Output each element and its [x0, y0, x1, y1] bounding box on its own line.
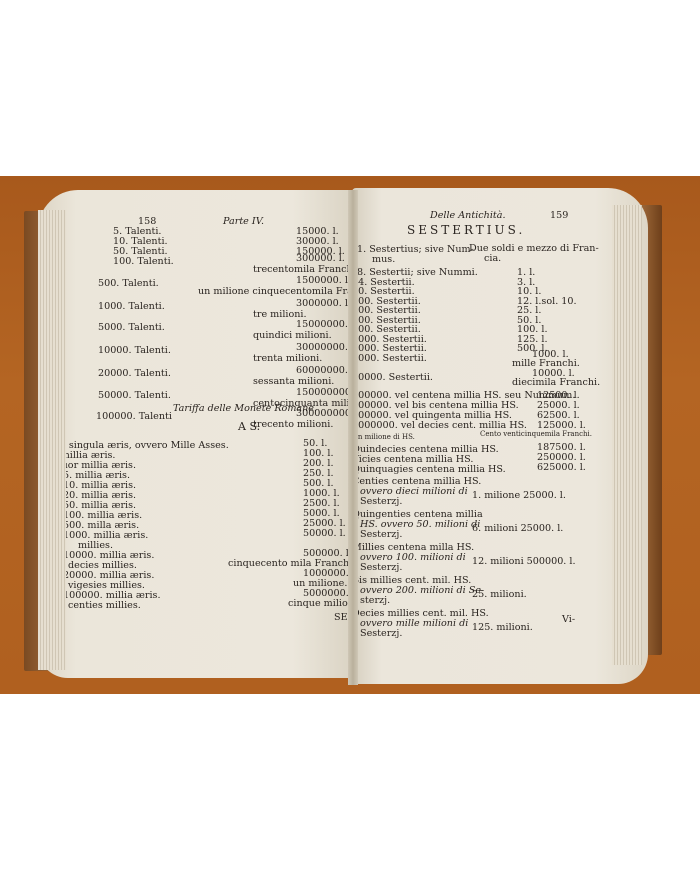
talenti-label: 20000. Talenti.	[98, 368, 171, 379]
section-title: Tariffa delle Monete Romane.	[173, 403, 317, 414]
talenti-note: sessanta milioni.	[253, 376, 334, 387]
running-head: Parte IV.	[223, 216, 264, 227]
talenti-note: trenta milioni.	[253, 353, 322, 364]
page-number: 159	[550, 210, 568, 221]
right-page: Delle Antichità. 159 SESTERTIUS. 1. Sest…	[352, 188, 648, 684]
talenti-label: 100. Talenti.	[113, 256, 174, 267]
subheader-right: Cento venticinquemila Franchi.	[480, 429, 592, 440]
long-row-value: 125. milioni.	[472, 622, 533, 633]
intro-value-2: cia.	[484, 253, 501, 264]
talenti-label: 50000. Talenti.	[98, 390, 171, 401]
long-row-line3: Sesterzj.	[360, 562, 402, 573]
section-heading: SESTERTIUS.	[407, 225, 525, 236]
talenti-note: quindici milioni.	[253, 330, 332, 341]
talenti-note: trecentomila Franchi.	[253, 264, 359, 275]
as-row-value: 50000. l.	[303, 528, 346, 539]
talenti-label: 5000. Talenti.	[98, 322, 165, 333]
as-heading: A S.	[238, 421, 260, 432]
page-edges-left	[38, 210, 66, 670]
talenti-label: 1000. Talenti.	[98, 301, 165, 312]
long-row-value: 1. milione 25000. l.	[472, 490, 566, 501]
subheader-left: Un milione di HS.	[352, 432, 415, 443]
hs-row-label: Quinquagies centena millia HS.	[352, 464, 506, 475]
as-row-label: centies millies.	[68, 600, 141, 611]
long-row-value: 12. milioni 500000. l.	[472, 556, 576, 567]
long-row-line3: sterzj.	[360, 595, 390, 606]
talenti-value: 300000. l.	[296, 253, 345, 264]
page-edges-right	[612, 205, 642, 665]
hs-row-value: 625000. l.	[537, 462, 586, 473]
long-row-value: 25. milioni.	[472, 589, 527, 600]
sestertii-note: diecimila Franchi.	[512, 377, 600, 388]
long-row-line3: Sesterzj.	[360, 628, 402, 639]
talenti-value: 1500000. l.	[296, 275, 351, 286]
sestertii-label: 80000. Sestertii.	[352, 372, 433, 383]
talenti-note: trecento milioni.	[253, 419, 333, 430]
long-row-line3: Sesterzj.	[360, 529, 402, 540]
book-gutter	[348, 190, 358, 685]
running-head: Delle Antichità.	[430, 210, 506, 221]
long-row-value: 6. milioni 25000. l.	[472, 523, 563, 534]
sestertii-label: 8000. Sestertii.	[352, 353, 427, 364]
talenti-label: 100000. Talenti	[96, 411, 172, 422]
talenti-value: 3000000. l.	[296, 298, 351, 309]
talenti-label: 10000. Talenti.	[98, 345, 171, 356]
left-page: 158 Parte IV. 5. Talenti.15000. l.10. Ta…	[38, 190, 356, 678]
long-row-line3: Sesterzj.	[360, 496, 402, 507]
intro-label-2: mus.	[372, 254, 395, 265]
talenti-label: 500. Talenti.	[98, 278, 159, 289]
catchword: Vi-	[562, 614, 575, 625]
